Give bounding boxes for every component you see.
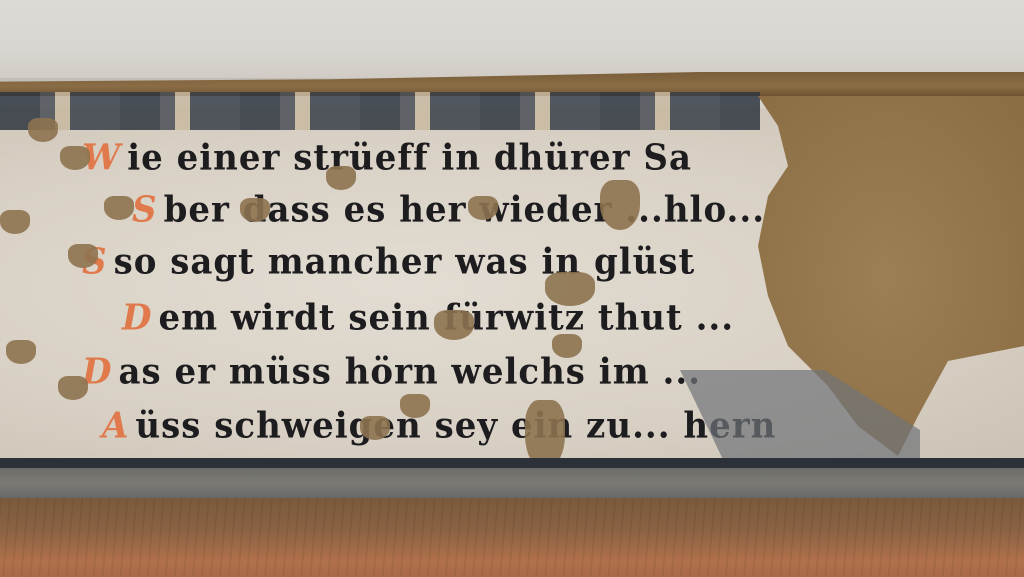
line-text: üss schweigen sey ein zu... hern	[135, 405, 776, 447]
plaster-patch	[58, 376, 88, 400]
dark-border-band-top	[0, 92, 760, 130]
inscription-line-5: Das er müss hörn welchs im ...	[82, 351, 701, 393]
plaster-patch	[434, 310, 474, 340]
plaster-patch	[240, 198, 270, 222]
red-initial: A	[102, 405, 129, 447]
plaster-patch	[545, 272, 595, 306]
plaster-patch	[468, 196, 498, 220]
plaster-patch	[68, 244, 98, 268]
red-initial: S	[132, 189, 158, 231]
inscription-line-1: Wie einer strüeff in dhürer Sa	[82, 137, 692, 179]
lower-wooden-beam	[0, 498, 1024, 577]
inscription-line-6: Aüss schweigen sey ein zu... hern	[102, 405, 776, 447]
line-text: so sagt mancher was in glüst	[114, 241, 696, 283]
inscription-line-3: Sso sagt mancher was in glüst	[82, 241, 695, 283]
red-initial: D	[122, 297, 152, 339]
plaster-patch	[326, 166, 356, 190]
plaster-patch	[400, 394, 430, 418]
plaster-patch	[600, 180, 640, 230]
gray-painted-strip	[0, 468, 1024, 498]
dark-border-band-bottom	[0, 458, 1024, 468]
plaster-patch	[104, 196, 134, 220]
line-text: ie einer strüeff in dhürer Sa	[127, 137, 692, 179]
plaster-patch	[28, 118, 58, 142]
plaster-patch	[552, 334, 582, 358]
plaster-patch	[0, 210, 30, 234]
plaster-patch	[60, 146, 90, 170]
plaster-patch	[6, 340, 36, 364]
ceiling	[0, 0, 1024, 82]
line-text: as er müss hörn welchs im ...	[118, 351, 701, 393]
inscription-line-2: Sber dass es her wieder ...hlo...	[132, 189, 765, 231]
plaster-patch	[360, 416, 390, 440]
inscription-line-4: Dem wirdt sein fürwitz thut ...	[122, 297, 734, 339]
